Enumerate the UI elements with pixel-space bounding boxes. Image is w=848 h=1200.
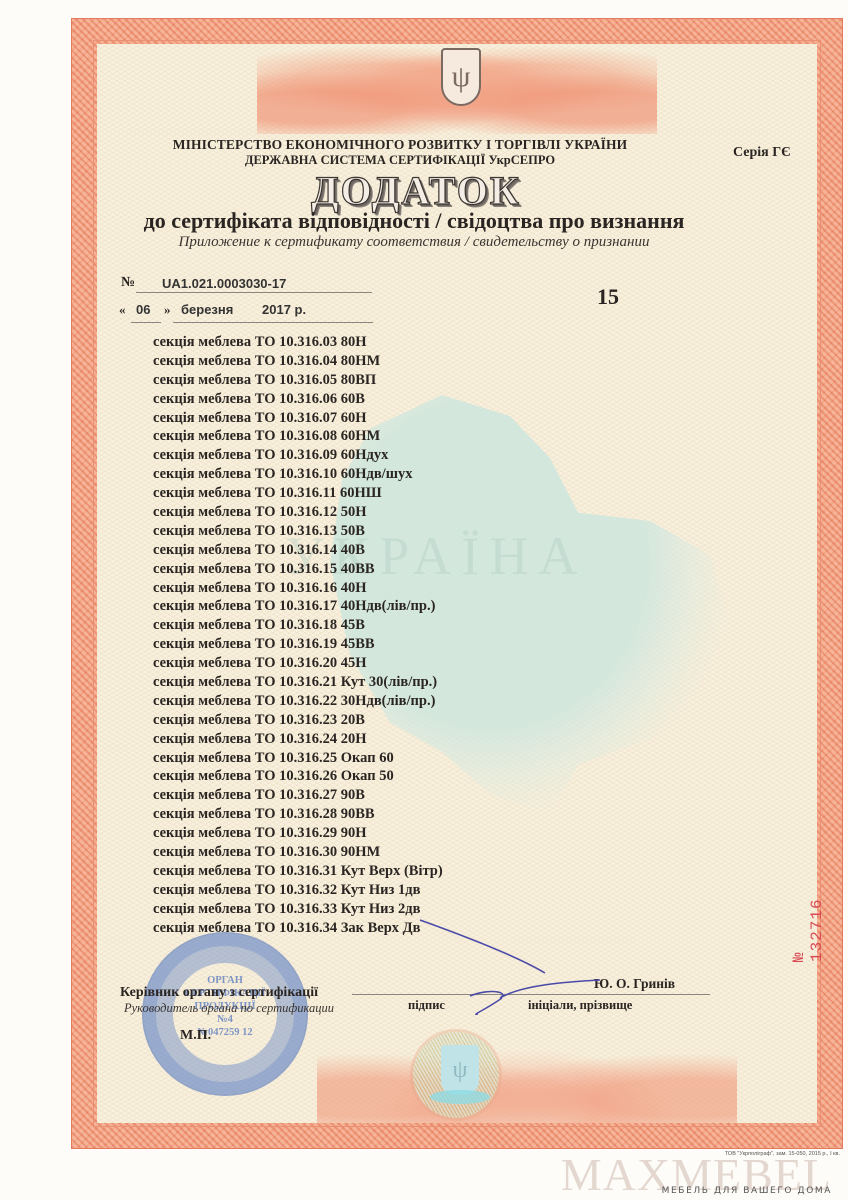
product-item: секція меблева ТО 10.316.07 60Н [153, 409, 443, 428]
product-item: секція меблева ТО 10.316.19 45ВВ [153, 635, 443, 654]
handwritten-signature [360, 918, 620, 1018]
product-item: секція меблева ТО 10.316.33 Кут Низ 2дв [153, 900, 443, 919]
product-item: секція меблева ТО 10.316.17 40Ндв(лів/пр… [153, 597, 443, 616]
serial-number: № 132716 [790, 898, 826, 962]
product-item: секція меблева ТО 10.316.15 40ВВ [153, 560, 443, 579]
product-item: секція меблева ТО 10.316.28 90ВВ [153, 805, 443, 824]
date-day: 06 [136, 302, 150, 317]
product-item: секція меблева ТО 10.316.22 30Ндв(лів/пр… [153, 692, 443, 711]
document-subtitle-ru: Приложение к сертификату соответствия / … [0, 234, 848, 251]
product-item: секція меблева ТО 10.316.27 90В [153, 786, 443, 805]
product-item: секція меблева ТО 10.316.20 45Н [153, 654, 443, 673]
stamp-place-label: М.П. [180, 1028, 211, 1044]
ukraine-trident-icon: ψ [441, 48, 481, 106]
product-item: секція меблева ТО 10.316.03 80Н [153, 333, 443, 352]
month-underline [173, 322, 373, 323]
product-list: секція меблева ТО 10.316.03 80Нсекція ме… [153, 333, 443, 938]
certification-system: ДЕРЖАВНА СИСТЕМА СЕРТИФІКАЦІЇ УкрСЕПРО [0, 153, 848, 168]
head-of-body-label-ru: Руководитель органа по сертификации [124, 1001, 334, 1016]
date-year: 2017 р. [262, 302, 306, 317]
product-item: секція меблева ТО 10.316.04 80НМ [153, 352, 443, 371]
date-open-quote: « [119, 302, 126, 318]
product-item: секція меблева ТО 10.316.09 60Ндух [153, 446, 443, 465]
product-item: секція меблева ТО 10.316.31 Кут Верх (Ві… [153, 862, 443, 881]
head-of-body-label: Керівник органу з сертифікації [120, 985, 318, 1001]
product-item: секція меблева ТО 10.316.12 50Н [153, 503, 443, 522]
stamp-line: №047259 12 [144, 1026, 306, 1039]
product-item: секція меблева ТО 10.316.08 60НМ [153, 427, 443, 446]
product-item: секція меблева ТО 10.316.29 90Н [153, 824, 443, 843]
day-underline [131, 322, 161, 323]
ministry-name: МІНІСТЕРСТВО ЕКОНОМІЧНОГО РОЗВИТКУ І ТОР… [0, 137, 848, 153]
product-item: секція меблева ТО 10.316.26 Окап 50 [153, 767, 443, 786]
certificate-number: UA1.021.0003030-17 [162, 276, 286, 291]
date-close-quote: » [164, 302, 171, 318]
product-item: секція меблева ТО 10.316.21 Кут 30(лів/п… [153, 673, 443, 692]
product-item: секція меблева ТО 10.316.30 90НМ [153, 843, 443, 862]
bottom-ornament [317, 1023, 737, 1123]
product-item: секція меблева ТО 10.316.25 Окап 60 [153, 749, 443, 768]
number-underline [136, 292, 372, 293]
certificate-number-label: № [121, 275, 135, 291]
date-month: березня [181, 302, 233, 317]
product-item: секція меблева ТО 10.316.10 60Ндв/шух [153, 465, 443, 484]
series-label: Серія ГЄ [733, 145, 791, 161]
document-subtitle-ua: до сертифіката відповідності / свідоцтва… [0, 208, 848, 234]
product-item: секція меблева ТО 10.316.05 80ВП [153, 371, 443, 390]
product-item: секція меблева ТО 10.316.11 60НШ [153, 484, 443, 503]
product-item: секція меблева ТО 10.316.23 20В [153, 711, 443, 730]
product-item: секція меблева ТО 10.316.06 60В [153, 390, 443, 409]
product-item: секція меблева ТО 10.316.13 50В [153, 522, 443, 541]
product-item: секція меблева ТО 10.316.24 20Н [153, 730, 443, 749]
product-item: секція меблева ТО 10.316.32 Кут Низ 1дв [153, 881, 443, 900]
document-title: ДОДАТОК [0, 167, 848, 214]
product-item: секція меблева ТО 10.316.14 40В [153, 541, 443, 560]
printer-note: ТОВ "Укрполіграф", зам. 15-050, 2015 р.,… [0, 1151, 840, 1157]
hologram-trident-icon: ψ [441, 1045, 479, 1095]
product-item: секція меблева ТО 10.316.18 45В [153, 616, 443, 635]
brand-tagline: МЕБЕЛЬ ДЛЯ ВАШЕГО ДОМА [0, 1186, 832, 1196]
hologram-wave [430, 1090, 490, 1104]
product-item: секція меблева ТО 10.316.16 40Н [153, 579, 443, 598]
page-number: 15 [597, 284, 619, 310]
